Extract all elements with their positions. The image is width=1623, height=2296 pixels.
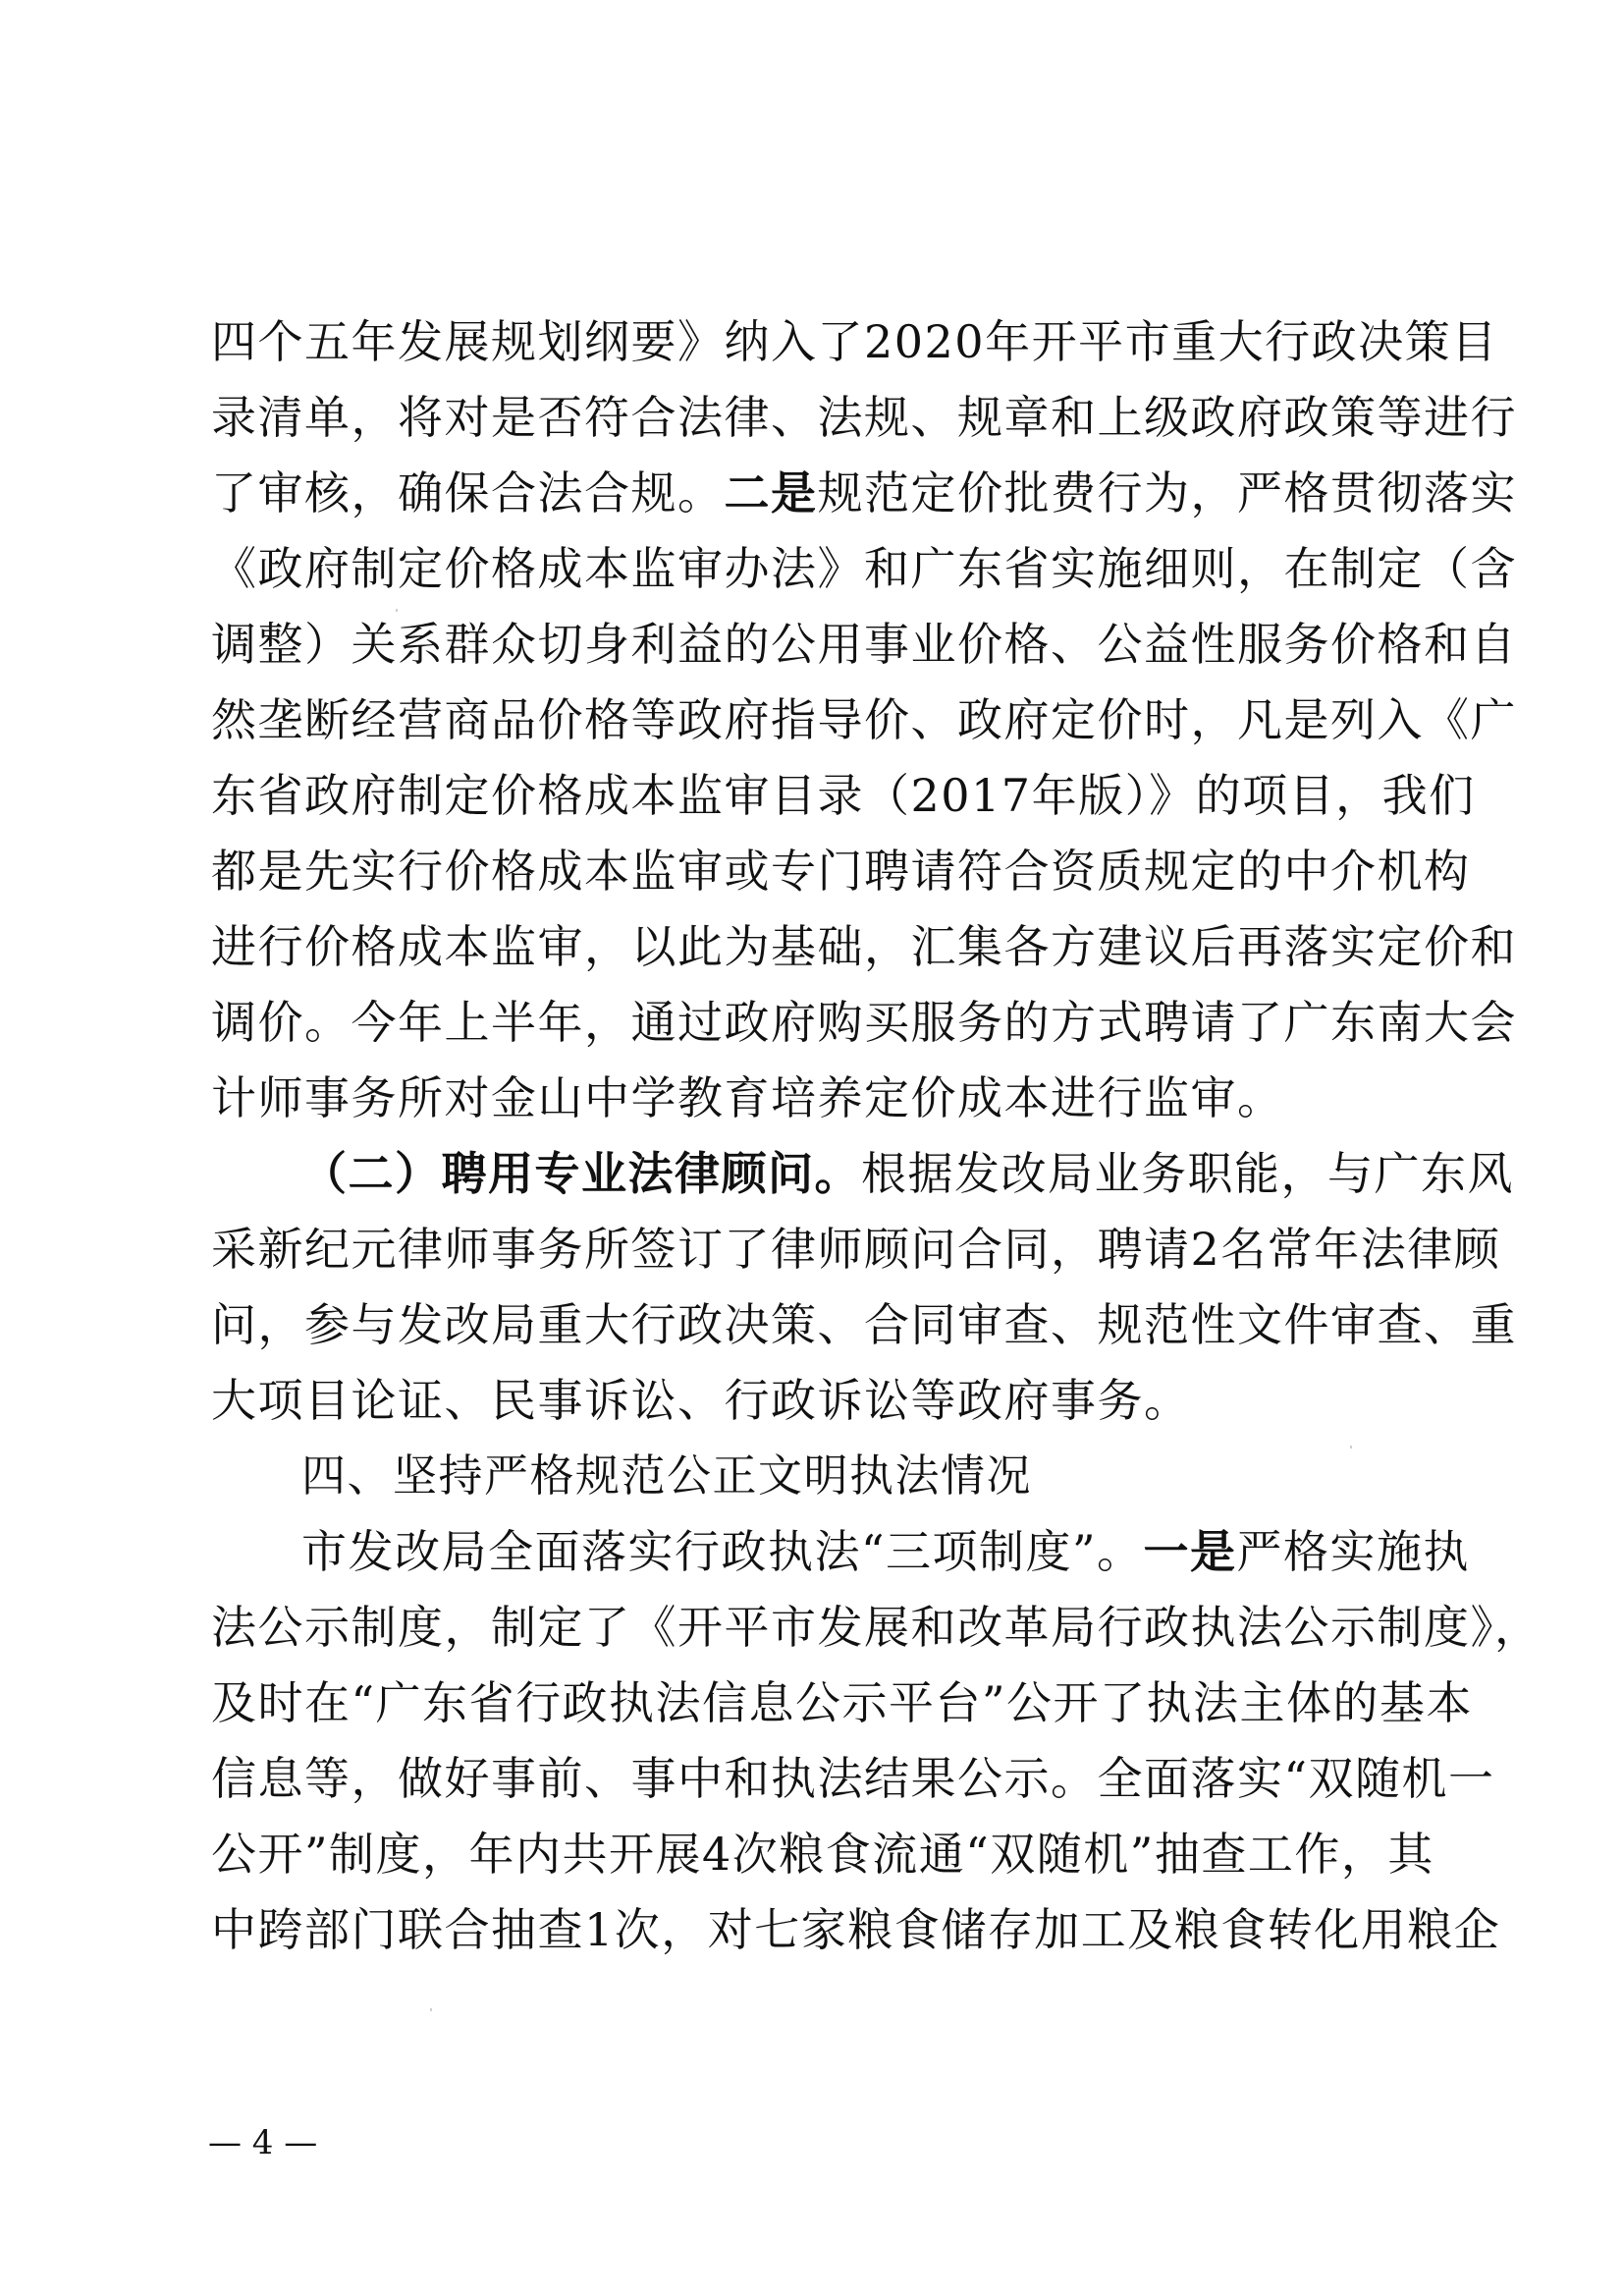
- text-segment: 计师事务所对金山中学教育培养定价成本进行监审。: [211, 1071, 1284, 1124]
- text-line: 了审核，确保合法合规。二是规范定价批费行为，严格贯彻落实: [211, 464, 1429, 522]
- text-line: 法公示制度，制定了《开平市发展和改革局行政执法公示制度》，: [211, 1598, 1450, 1657]
- text-line: 大项目论证、民事诉讼、行政诉讼等政府事务。: [211, 1371, 1191, 1430]
- text-line: 进行价格成本监审，以此为基础，汇集各方建议后再落实定价和: [211, 917, 1429, 976]
- text-segment: 根据发改局业务职能，与广东风: [861, 1147, 1514, 1200]
- text-line: 中跨部门联合抽查1次，对七家粮食储存加工及粮食转化用粮企: [211, 1900, 1429, 1959]
- text-line: 《政府制定价格成本监审办法》和广东省实施细则，在制定（含: [211, 539, 1429, 598]
- text-segment: 进行价格成本监审，以此为基础，汇集各方建议后再落实定价和: [211, 920, 1517, 973]
- text-segment: 及时在“广东省行政执法信息公示平台”公开了执法主体的基本: [211, 1676, 1473, 1729]
- text-segment: 《政府制定价格成本监审办法》和广东省实施细则，在制定（含: [211, 542, 1517, 595]
- text-line: 然垄断经营商品价格等政府指导价、政府定价时，凡是列入《广: [211, 690, 1429, 749]
- paragraph-start: 市发改局全面落实行政执法“三项制度”。一是严格实施执: [301, 1522, 1429, 1581]
- text-line: 调价。今年上半年，通过政府购买服务的方式聘请了广东南大会: [211, 993, 1429, 1052]
- text-segment: 调价。今年上半年，通过政府购买服务的方式聘请了广东南大会: [211, 996, 1517, 1049]
- text-segment: 大项目论证、民事诉讼、行政诉讼等政府事务。: [211, 1374, 1191, 1427]
- text-segment: 录清单，将对是否符合法律、法规、规章和上级政府政策等进行: [211, 391, 1517, 444]
- text-segment: 信息等，做好事前、事中和执法结果公示。全面落实“双随机一: [211, 1752, 1495, 1805]
- text-segment: 严格实施执: [1237, 1525, 1471, 1578]
- scan-speck: [396, 609, 398, 612]
- section-heading-text: 四、坚持严格规范公正文明执法情况: [301, 1449, 1032, 1502]
- scan-speck: [1485, 337, 1487, 340]
- scan-speck: [430, 2008, 432, 2011]
- text-segment: 东省政府制定价格成本监审目录（2017年版）》的项目，我们: [211, 769, 1476, 822]
- text-line: 信息等，做好事前、事中和执法结果公示。全面落实“双随机一: [211, 1749, 1429, 1808]
- text-segment: 问，参与发改局重大行政决策、合同审查、规范性文件审查、重: [211, 1298, 1517, 1351]
- page-number: — 4 —: [208, 2121, 317, 2164]
- emphasis-label: 二是: [725, 466, 818, 519]
- text-line: 及时在“广东省行政执法信息公示平台”公开了执法主体的基本: [211, 1673, 1429, 1732]
- section-paragraph-start: （二）聘用专业法律顾问。根据发改局业务职能，与广东风: [301, 1144, 1429, 1203]
- text-line: 录清单，将对是否符合法律、法规、规章和上级政府政策等进行: [211, 388, 1429, 447]
- text-segment: 调整）关系群众切身利益的公用事业价格、公益性服务价格和自: [211, 618, 1517, 671]
- text-line: 四个五年发展规划纲要》纳入了2020年开平市重大行政决策目: [211, 312, 1429, 371]
- text-line: 采新纪元律师事务所签订了律师顾问合同，聘请2名常年法律顾: [211, 1220, 1429, 1279]
- document-page: 四个五年发展规划纲要》纳入了2020年开平市重大行政决策目 录清单，将对是否符合…: [0, 0, 1623, 2296]
- text-segment: 然垄断经营商品价格等政府指导价、政府定价时，凡是列入《广: [211, 693, 1517, 746]
- scan-speck: [1350, 1446, 1352, 1449]
- text-segment: 法公示制度，制定了《开平市发展和改革局行政执法公示制度》，: [211, 1601, 1542, 1654]
- text-segment: 公开”制度，年内共开展4次粮食流通“双随机”抽查工作，其: [211, 1828, 1434, 1881]
- text-segment: 市发改局全面落实行政执法“三项制度”。: [301, 1525, 1144, 1578]
- subsection-heading: （二）聘用专业法律顾问。: [301, 1147, 861, 1200]
- text-line: 都是先实行价格成本监审或专门聘请符合资质规定的中介机构: [211, 842, 1429, 901]
- text-line: 调整）关系群众切身利益的公用事业价格、公益性服务价格和自: [211, 615, 1429, 674]
- text-segment: 都是先实行价格成本监审或专门聘请符合资质规定的中介机构: [211, 845, 1471, 898]
- text-line: 公开”制度，年内共开展4次粮食流通“双随机”抽查工作，其: [211, 1825, 1429, 1884]
- emphasis-label: 一是: [1144, 1525, 1237, 1578]
- text-segment: 四个五年发展规划纲要》纳入了2020年开平市重大行政决策目: [211, 315, 1498, 368]
- text-line: 问，参与发改局重大行政决策、合同审查、规范性文件审查、重: [211, 1295, 1429, 1354]
- text-segment: 了审核，确保合法合规。: [211, 466, 725, 519]
- text-line: 东省政府制定价格成本监审目录（2017年版）》的项目，我们: [211, 766, 1429, 825]
- text-segment: 规范定价批费行为，严格贯彻落实: [818, 466, 1518, 519]
- text-segment: 采新纪元律师事务所签订了律师顾问合同，聘请2名常年法律顾: [211, 1223, 1500, 1276]
- text-line: 计师事务所对金山中学教育培养定价成本进行监审。: [211, 1068, 1284, 1127]
- section-heading: 四、坚持严格规范公正文明执法情况: [301, 1447, 1032, 1505]
- text-segment: 中跨部门联合抽查1次，对七家粮食储存加工及粮食转化用粮企: [211, 1903, 1500, 1956]
